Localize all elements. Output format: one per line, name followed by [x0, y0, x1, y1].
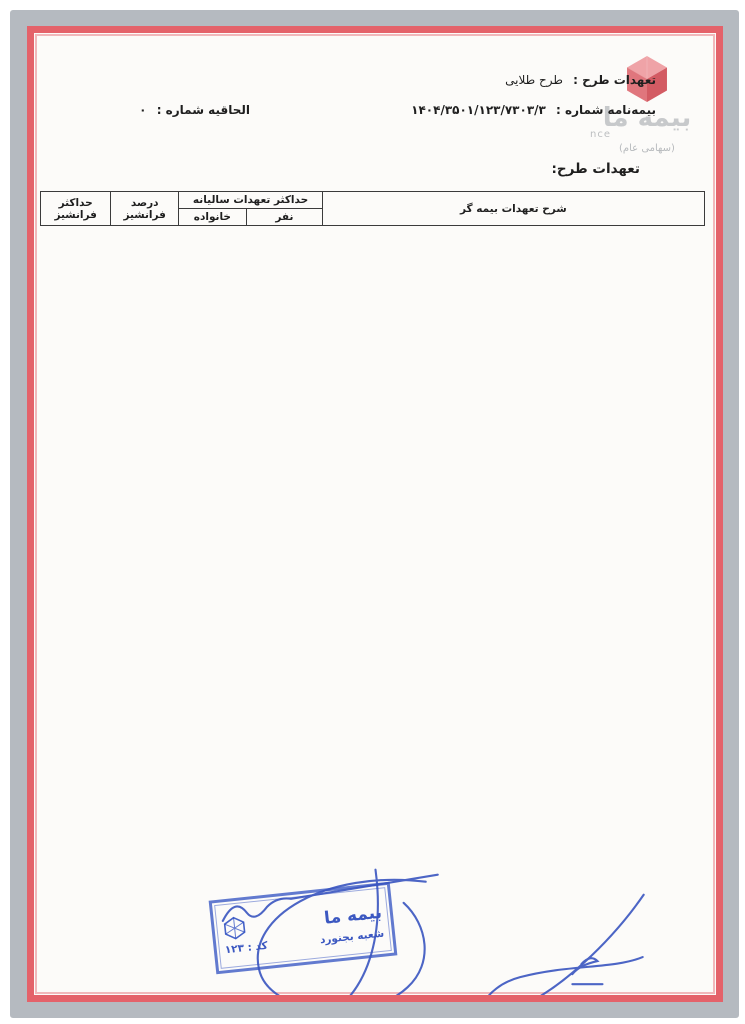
stamp-code: کد : ۱۲۳ — [224, 939, 268, 955]
endorsement-line: الحاقیه شماره : ۰ — [139, 103, 250, 117]
header-franchise-max: حداکثر فرانشیز — [41, 192, 111, 226]
header-person: نفر — [246, 209, 322, 226]
policy-number-value: ۱۴۰۴/۳۵۰۱/۱۲۳/۷۳۰۳/۳ — [411, 103, 546, 117]
document-paper: بیمه ما nce (سهامی عام) تعهدات طرح : طرح… — [27, 26, 723, 1002]
stamp-hexagon-icon — [221, 914, 247, 940]
plan-value: طرح طلایی — [505, 73, 563, 87]
stamp-branch: شعبه بجنورد — [319, 927, 384, 946]
endorsement-label: الحاقیه شماره : — [157, 103, 250, 117]
header-annual-group: حداکثر تعهدات سالیانه — [179, 192, 323, 209]
logo-subtitle: (سهامی عام) — [588, 143, 706, 154]
header-description: شرح تعهدات بیمه گر — [323, 192, 705, 226]
endorsement-value: ۰ — [139, 103, 146, 117]
document-content: بیمه ما nce (سهامی عام) تعهدات طرح : طرح… — [34, 33, 716, 995]
commitments-table: شرح تعهدات بیمه گر حداکثر تعهدات سالیانه… — [40, 191, 705, 226]
document-header: بیمه ما nce (سهامی عام) تعهدات طرح : طرح… — [40, 33, 710, 191]
table-header: شرح تعهدات بیمه گر حداکثر تعهدات سالیانه… — [41, 192, 705, 226]
header-family: خانواده — [179, 209, 247, 226]
policy-number-label: بیمه‌نامه شماره : — [556, 103, 656, 117]
stamp-company-name: بیمه ما — [323, 902, 383, 928]
plan-line: تعهدات طرح : طرح طلایی — [505, 73, 656, 87]
header-franchise-percent: درصد فرانشیز — [111, 192, 179, 226]
section-title: تعهدات طرح: — [551, 161, 640, 177]
policy-number-line: بیمه‌نامه شماره : ۱۴۰۴/۳۵۰۱/۱۲۳/۷۳۰۳/۳ — [411, 103, 656, 117]
plan-label: تعهدات طرح : — [573, 73, 656, 87]
